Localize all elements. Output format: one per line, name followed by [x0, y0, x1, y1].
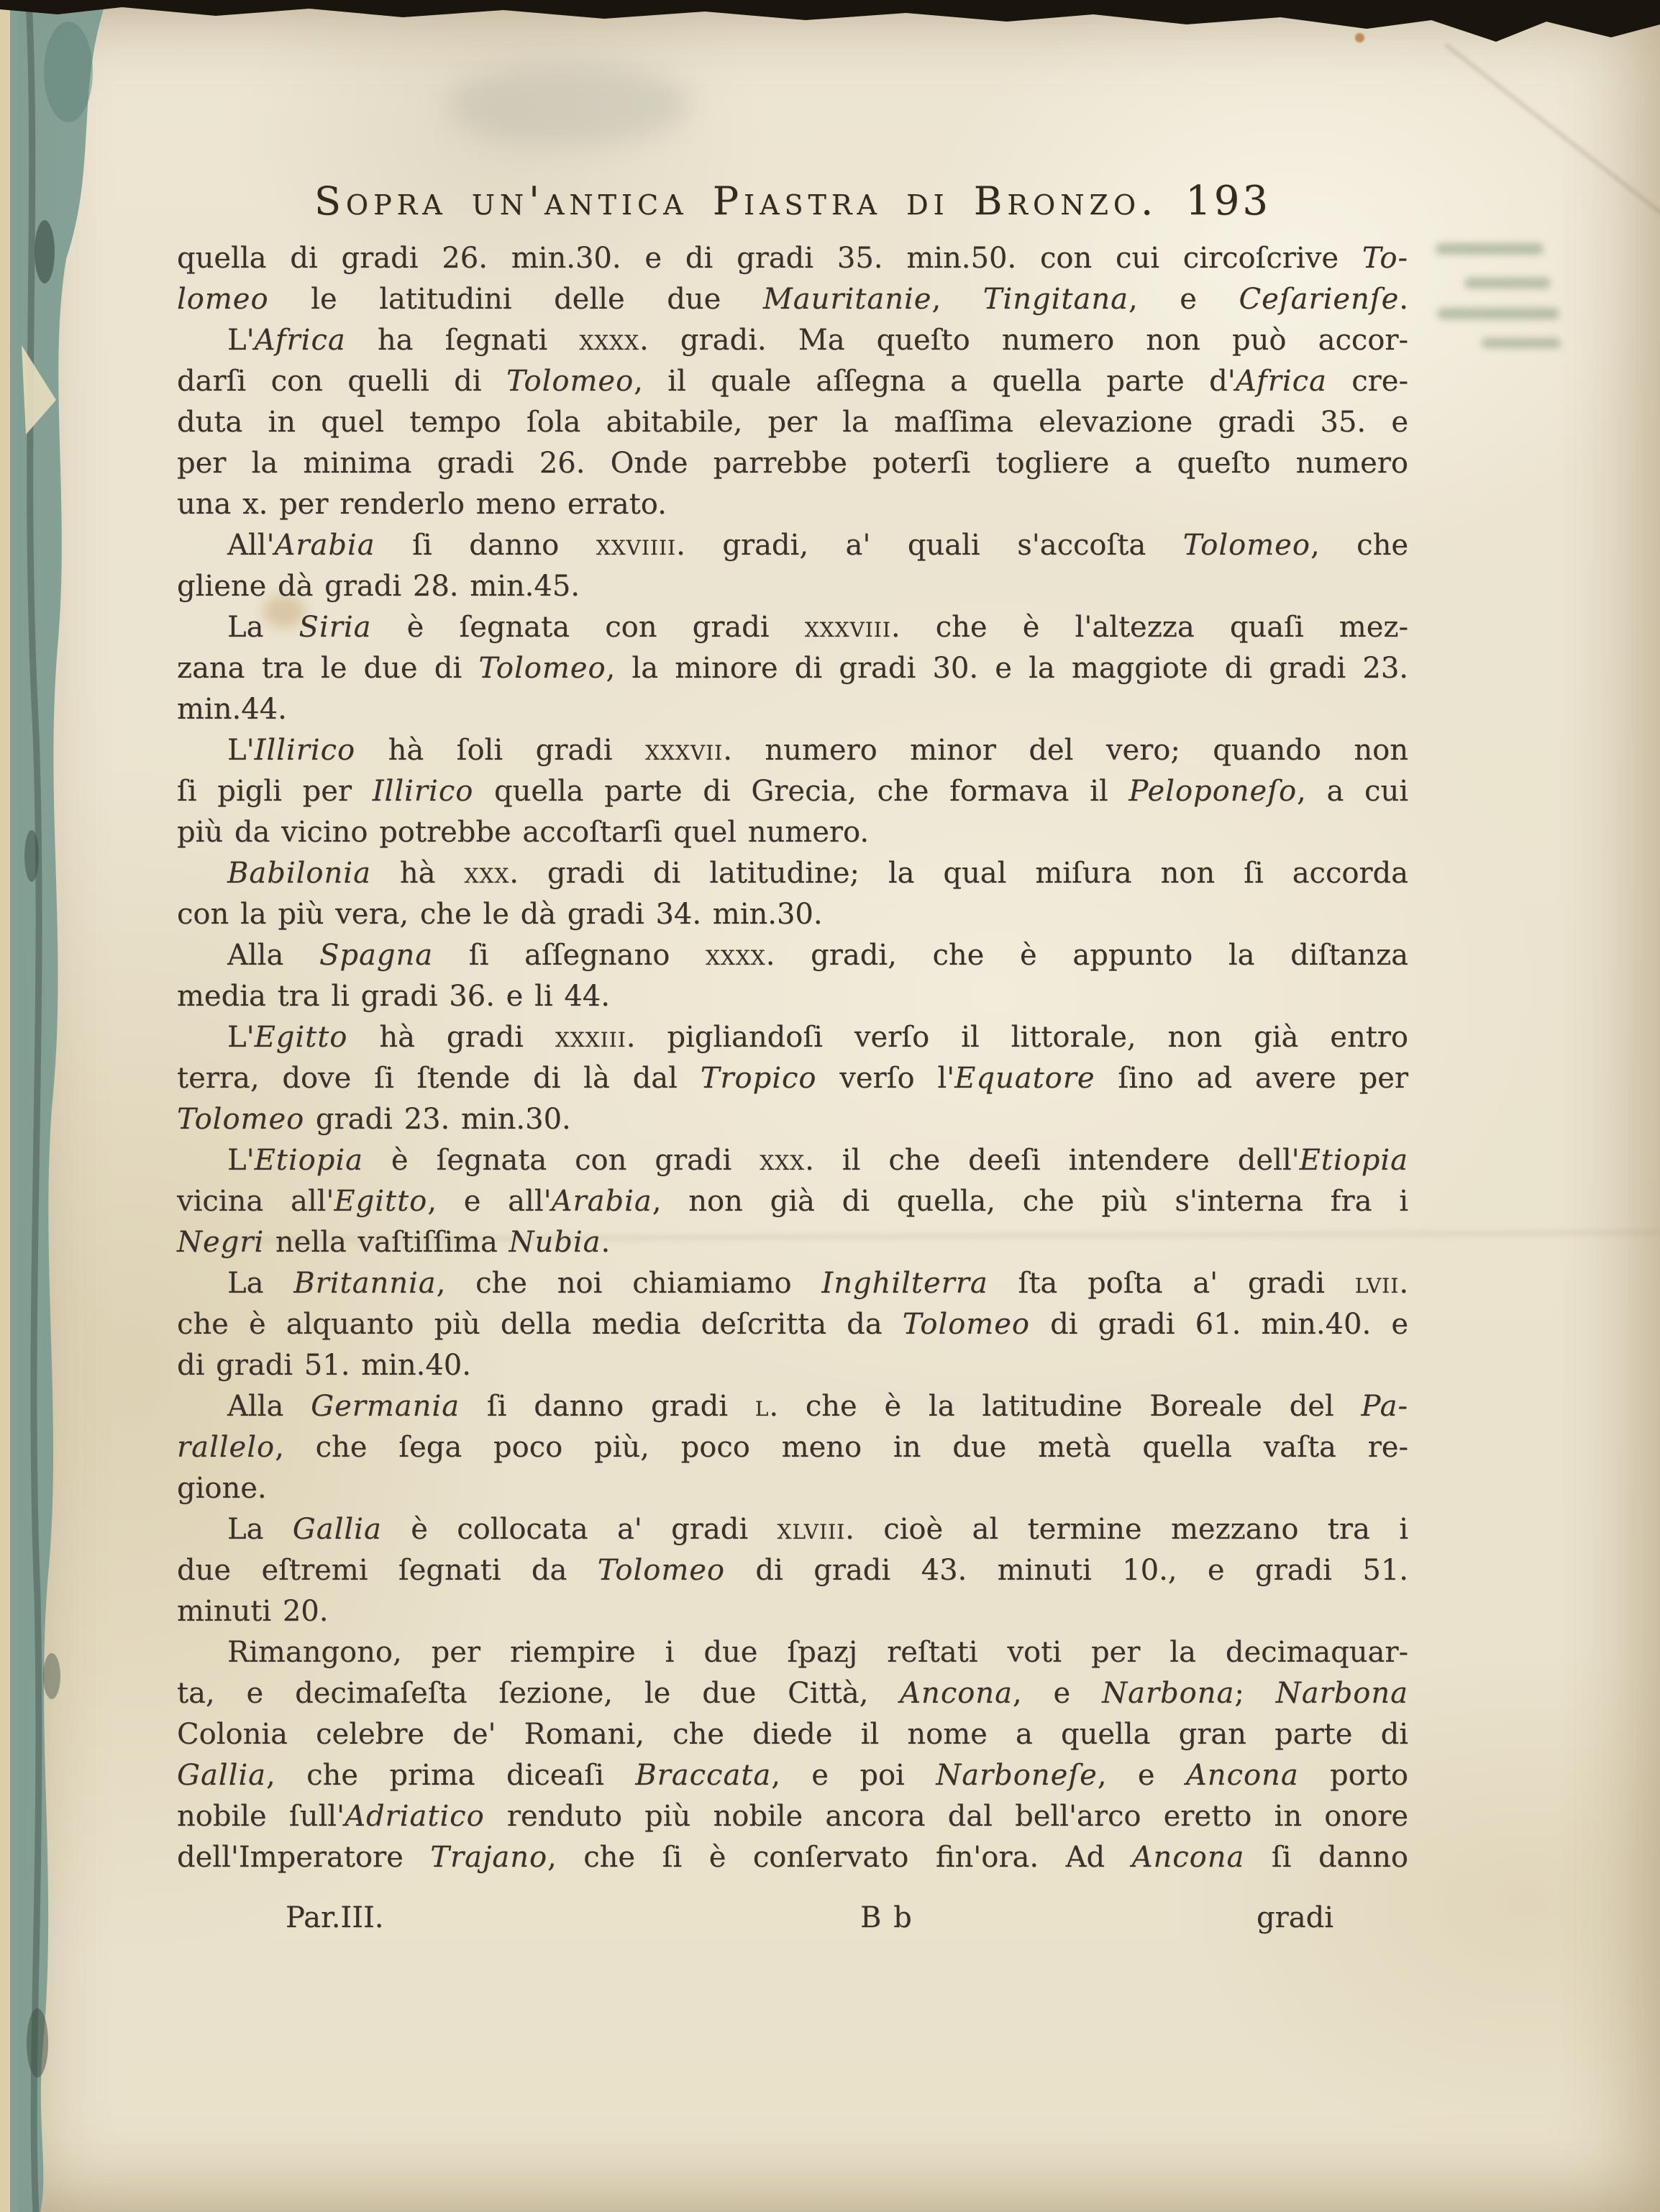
book-page: Sopra un'antica Piastra di Bronzo.193 qu…: [0, 0, 1660, 2212]
text-block: Sopra un'antica Piastra di Bronzo.193 qu…: [177, 174, 1408, 1946]
gathering-mark: B b: [860, 1901, 913, 1934]
text-line: gione.: [177, 1468, 1408, 1509]
text-line: per la minima gradi 26. Onde parrebbe po…: [177, 443, 1408, 484]
running-header: Sopra un'antica Piastra di Bronzo.193: [177, 174, 1408, 238]
text-line: vicina all'Egitto, e all'Arabia, non già…: [177, 1181, 1408, 1222]
paper-smudge: [446, 63, 690, 146]
text-line: La Siria è ſegnata con gradi xxxviii. ch…: [177, 607, 1408, 648]
text-line: darſi con quelli di Tolomeo, il quale aſ…: [177, 361, 1408, 402]
paragraph: All'Arabia ſi danno xxviiii. gradi, a' q…: [177, 525, 1408, 607]
text-line: Colonia celebre de' Romani, che diede il…: [177, 1714, 1408, 1755]
paragraph: La Siria è ſegnata con gradi xxxviii. ch…: [177, 607, 1408, 730]
paragraph: La Gallia è collocata a' gradi xlviii. c…: [177, 1509, 1408, 1632]
paragraph: L'Africa ha ſegnati xxxx. gradi. Ma queſ…: [177, 320, 1408, 525]
paragraph: Rimangono, per riempire i due ſpazj reſt…: [177, 1632, 1408, 1878]
ink-showthrough-stain: [1436, 243, 1543, 255]
text-line: ſi pigli per Illirico quella parte di Gr…: [177, 771, 1408, 812]
catchword: gradi: [1257, 1901, 1333, 1934]
text-line: di gradi 51. min.40.: [177, 1345, 1408, 1386]
text-body: quella di gradi 26. min.30. e di gradi 3…: [177, 238, 1408, 1878]
paragraph: Alla Germania ſi danno gradi l. che è la…: [177, 1386, 1408, 1509]
text-line: con la più vera, che le dà gradi 34. min…: [177, 894, 1408, 935]
text-line: Babilonia hà xxx. gradi di latitudine; l…: [177, 853, 1408, 894]
text-line: duta in quel tempo ſola abitabile, per l…: [177, 402, 1408, 443]
paragraph: L'Etiopia è ſegnata con gradi xxx. il ch…: [177, 1140, 1408, 1263]
paragraph: La Britannia, che noi chiamiamo Inghilte…: [177, 1263, 1408, 1386]
ink-showthrough-stain: [1437, 308, 1559, 319]
paragraph: Alla Spagna ſi aſſegnano xxxx. gradi, ch…: [177, 935, 1408, 1017]
paragraph: quella di gradi 26. min.30. e di gradi 3…: [177, 238, 1408, 320]
text-line: terra, dove ſi ſtende di là dal Tropico …: [177, 1058, 1408, 1099]
text-line: Gallia, che prima diceaſi Braccata, e po…: [177, 1755, 1408, 1796]
text-line: ta, e decimaſeſta ſezione, le due Città,…: [177, 1673, 1408, 1714]
text-line: lomeo le latitudini delle due Mauritanie…: [177, 279, 1408, 320]
text-line: L'Etiopia è ſegnata con gradi xxx. il ch…: [177, 1140, 1408, 1181]
text-line: La Gallia è collocata a' gradi xlviii. c…: [177, 1509, 1408, 1550]
paragraph: L'Egitto hà gradi xxxiii. pigliandoſi ve…: [177, 1017, 1408, 1140]
text-line: All'Arabia ſi danno xxviiii. gradi, a' q…: [177, 525, 1408, 566]
paragraph: Babilonia hà xxx. gradi di latitudine; l…: [177, 853, 1408, 935]
text-line: che è alquanto più della media deſcritta…: [177, 1304, 1408, 1345]
deckle-edge: [0, 0, 122, 2212]
text-line: gliene dà gradi 28. min.45.: [177, 566, 1408, 607]
text-line: minuti 20.: [177, 1591, 1408, 1632]
text-line: rallelo, che ſega poco più, poco meno in…: [177, 1427, 1408, 1468]
header-title: Sopra un'antica Piastra di Bronzo.: [314, 178, 1158, 224]
volume-signature: Par.III.: [286, 1901, 384, 1934]
text-line: più da vicino potrebbe accoſtarſi quel n…: [177, 812, 1408, 853]
text-line: dell'Imperatore Trajano, che ſi è conſer…: [177, 1837, 1408, 1878]
text-line: Tolomeo gradi 23. min.30.: [177, 1099, 1408, 1140]
ink-showthrough-stain: [1482, 338, 1561, 348]
page-footer: Par.III. B b gradi: [177, 1901, 1408, 1946]
text-line: L'Illirico hà ſoli gradi xxxvii. numero …: [177, 730, 1408, 771]
page-number: 193: [1185, 178, 1271, 224]
text-line: due eſtremi ſegnati da Tolomeo di gradi …: [177, 1550, 1408, 1591]
text-line: La Britannia, che noi chiamiamo Inghilte…: [177, 1263, 1408, 1304]
ink-showthrough-stain: [1464, 278, 1551, 288]
torn-top-edge: [0, 0, 1660, 65]
text-line: nobile ſull'Adriatico renduto più nobile…: [177, 1796, 1408, 1837]
text-line: Alla Germania ſi danno gradi l. che è la…: [177, 1386, 1408, 1427]
text-line: min.44.: [177, 689, 1408, 730]
text-line: una x. per renderlo meno errato.: [177, 484, 1408, 525]
text-line: quella di gradi 26. min.30. e di gradi 3…: [177, 238, 1408, 279]
text-line: Alla Spagna ſi aſſegnano xxxx. gradi, ch…: [177, 935, 1408, 976]
crease-line: [1445, 43, 1660, 222]
text-line: Negri nella vaſtiſſima Nubia.: [177, 1222, 1408, 1263]
text-line: media tra li gradi 36. e li 44.: [177, 976, 1408, 1017]
text-line: zana tra le due di Tolomeo, la minore di…: [177, 648, 1408, 689]
paragraph: L'Illirico hà ſoli gradi xxxvii. numero …: [177, 730, 1408, 853]
text-line: L'Egitto hà gradi xxxiii. pigliandoſi ve…: [177, 1017, 1408, 1058]
text-line: L'Africa ha ſegnati xxxx. gradi. Ma queſ…: [177, 320, 1408, 361]
text-line: Rimangono, per riempire i due ſpazj reſt…: [177, 1632, 1408, 1673]
